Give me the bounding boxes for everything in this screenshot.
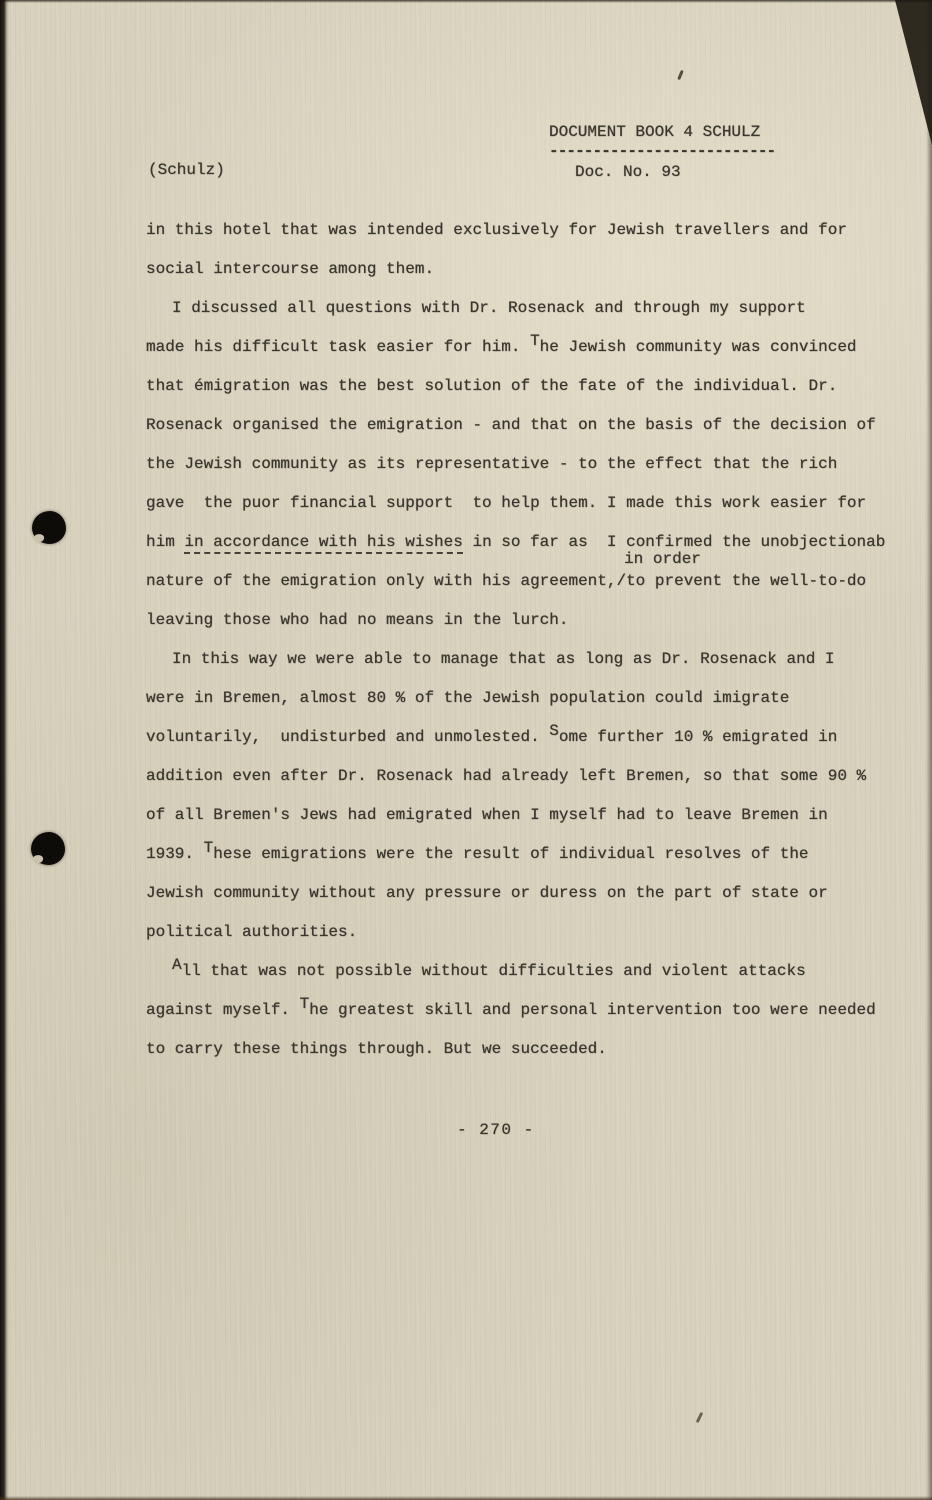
text-segment: 1939. (146, 845, 204, 863)
text-segment: Jewish community without any pressure or… (146, 884, 828, 902)
text-line: voluntarily, undisturbed and unmolested.… (146, 718, 916, 757)
text-segment: T (530, 322, 540, 361)
scan-corner-shadow (895, 0, 932, 145)
text-line: made his difficult task easier for him. … (146, 328, 916, 367)
document-header: DOCUMENT BOOK 4 SCHULZ -----------------… (549, 120, 775, 184)
text-segment: in this hotel that was intended exclusiv… (146, 221, 847, 239)
text-segment: he greatest skill and personal intervent… (309, 1001, 876, 1019)
text-segment: to carry these things through. But we su… (146, 1040, 607, 1058)
text-line: All that was not possible without diffic… (146, 952, 916, 991)
text-segment-with-insertion: to prevent the well-to-doin order (626, 572, 866, 590)
text-segment: ll that was not possible without difficu… (182, 962, 806, 980)
text-segment: social intercourse among them. (146, 260, 434, 278)
text-segment: hese emigrations were the result of indi… (213, 845, 808, 863)
text-line: against myself. The greatest skill and p… (146, 991, 916, 1030)
text-line: the Jewish community as its representati… (146, 445, 916, 484)
text-segment: that émigration was the best solution of… (146, 377, 837, 395)
text-segment: addition even after Dr. Rosenack had alr… (146, 767, 866, 785)
text-segment: In this way we were able to manage that … (172, 650, 835, 668)
document-number: Doc. No. 93 (575, 160, 775, 184)
text-line: Jewish community without any pressure or… (146, 874, 916, 913)
text-line: gave the puor financial support to help … (146, 484, 916, 523)
text-segment: him (146, 533, 184, 551)
text-line: In this way we were able to manage that … (146, 640, 916, 679)
text-line: nature of the emigration only with his a… (146, 562, 916, 601)
text-segment: leaving those who had no means in the lu… (146, 611, 568, 629)
text-segment: Rosenack organised the emigration - and … (146, 416, 876, 434)
scan-edge-bottom (0, 1496, 932, 1500)
punch-hole-notch (33, 533, 45, 543)
text-segment: T (300, 985, 310, 1024)
text-line: that émigration was the best solution of… (146, 367, 916, 406)
text-segment: were in Bremen, almost 80 % of the Jewis… (146, 689, 789, 707)
text-segment: I discussed all questions with Dr. Rosen… (172, 299, 806, 317)
punch-hole-notch (32, 854, 44, 864)
text-line: social intercourse among them. (146, 250, 916, 289)
text-segment: in accordance with his wishes (184, 533, 462, 554)
interline-insertion: in order (624, 551, 701, 567)
text-segment: ome further 10 % emigrated in (559, 728, 837, 746)
text-segment: voluntarily, undisturbed and unmolested. (146, 728, 549, 746)
text-line: Rosenack organised the emigration - and … (146, 406, 916, 445)
text-segment: he Jewish community was convinced (540, 338, 857, 356)
punch-hole-bottom (31, 832, 65, 865)
text-segment: T (204, 829, 214, 868)
text-line: leaving those who had no means in the lu… (146, 601, 916, 640)
text-segment: gave the puor financial support to help … (146, 494, 866, 512)
text-line: addition even after Dr. Rosenack had alr… (146, 757, 916, 796)
text-line: in this hotel that was intended exclusiv… (146, 211, 916, 250)
text-segment: in so far as I confirmed the unobjection… (463, 533, 885, 551)
text-segment: the Jewish community as its representati… (146, 455, 837, 473)
document-body: in this hotel that was intended exclusiv… (146, 211, 916, 1069)
punch-hole-top (32, 511, 66, 544)
text-line: of all Bremen's Jews had emigrated when … (146, 796, 916, 835)
document-book-title: DOCUMENT BOOK 4 SCHULZ (549, 120, 775, 144)
text-segment: made his difficult task easier for him. (146, 338, 530, 356)
text-line: 1939. These emigrations were the result … (146, 835, 916, 874)
text-segment: nature of the emigration only with his a… (146, 572, 626, 590)
title-underline: -------------------------- (549, 146, 775, 157)
text-segment: political authorities. (146, 923, 357, 941)
header-left-label: (Schulz) (148, 158, 225, 182)
text-line: were in Bremen, almost 80 % of the Jewis… (146, 679, 916, 718)
scan-edge-right (926, 0, 932, 1500)
text-line: to carry these things through. But we su… (146, 1030, 916, 1069)
text-line: him in accordance with his wishes in so … (146, 523, 916, 562)
text-segment: against myself. (146, 1001, 300, 1019)
text-segment: S (549, 712, 559, 751)
text-segment: A (172, 946, 182, 985)
page-number: - 270 - (457, 1118, 535, 1142)
ink-speck (696, 1412, 704, 1423)
scan-edge-top (0, 0, 932, 3)
scan-edge-left (0, 0, 9, 1500)
ink-speck (677, 70, 684, 80)
text-line: political authorities. (146, 913, 916, 952)
scanned-document-page: (Schulz) DOCUMENT BOOK 4 SCHULZ --------… (0, 0, 932, 1500)
text-segment: of all Bremen's Jews had emigrated when … (146, 806, 828, 824)
